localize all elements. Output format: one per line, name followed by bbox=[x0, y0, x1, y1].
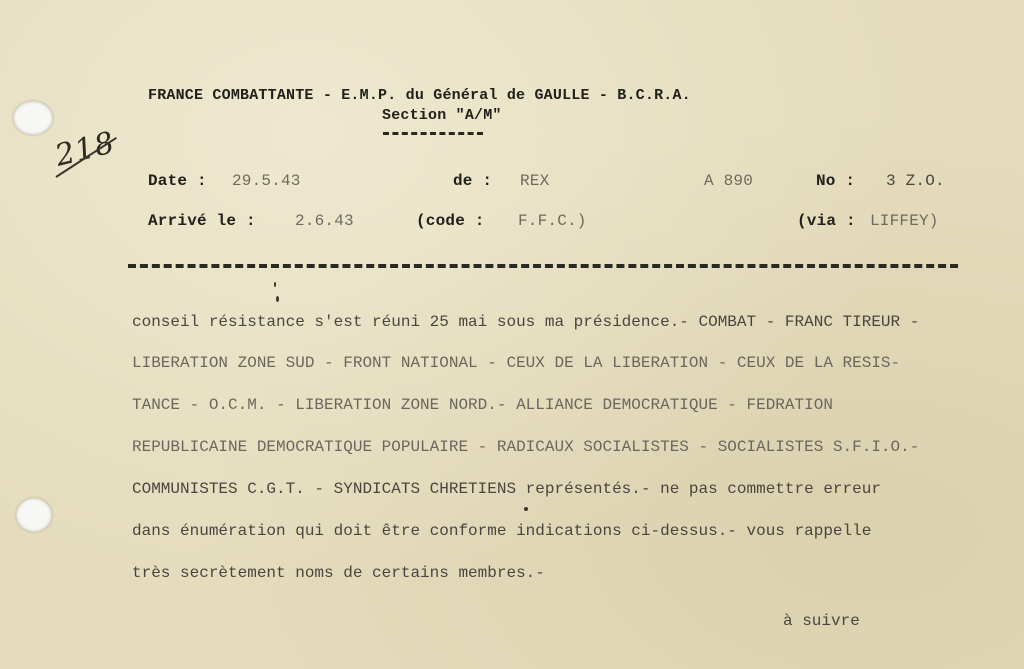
body-line: dans énumération qui doit être conforme … bbox=[132, 522, 871, 540]
header-divider bbox=[383, 132, 483, 135]
arrived-value: 2.6.43 bbox=[295, 212, 354, 230]
date-value: 29.5.43 bbox=[232, 172, 301, 190]
ink-speck bbox=[274, 282, 276, 287]
continued-note: à suivre bbox=[783, 612, 860, 630]
via-value: LIFFEY) bbox=[870, 212, 939, 230]
body-line: très secrètement noms de certains membre… bbox=[132, 564, 545, 582]
body-line: COMMUNISTES C.G.T. - SYNDICATS CHRETIENS… bbox=[132, 480, 881, 498]
code-label: (code : bbox=[416, 212, 485, 230]
handwritten-number: 218 bbox=[52, 125, 119, 174]
section-separator bbox=[128, 264, 958, 268]
number-label: No : bbox=[816, 172, 855, 190]
header-line-2: Section "A/M" bbox=[382, 107, 502, 124]
from-value: REX bbox=[520, 172, 549, 190]
arrived-label: Arrivé le : bbox=[148, 212, 256, 230]
body-line: LIBERATION ZONE SUD - FRONT NATIONAL - C… bbox=[132, 354, 900, 372]
punch-hole-bottom bbox=[16, 498, 52, 532]
ink-speck bbox=[276, 296, 279, 302]
body-line: TANCE - O.C.M. - LIBERATION ZONE NORD.- … bbox=[132, 396, 833, 414]
punch-hole-top bbox=[13, 101, 53, 135]
header-line-1: FRANCE COMBATTANTE - E.M.P. du Général d… bbox=[148, 87, 691, 104]
ink-speck bbox=[524, 507, 528, 511]
via-label: (via : bbox=[797, 212, 856, 230]
body-line: conseil résistance s'est réuni 25 mai so… bbox=[132, 313, 919, 331]
body-line: REPUBLICAINE DEMOCRATIQUE POPULAIRE - RA… bbox=[132, 438, 919, 456]
from-label: de : bbox=[453, 172, 492, 190]
reference-value: A 890 bbox=[704, 172, 753, 190]
document-page: 218 FRANCE COMBATTANTE - E.M.P. du Génér… bbox=[0, 0, 1024, 669]
code-value: F.F.C.) bbox=[518, 212, 587, 230]
date-label: Date : bbox=[148, 172, 207, 190]
number-value: 3 Z.O. bbox=[886, 172, 945, 190]
